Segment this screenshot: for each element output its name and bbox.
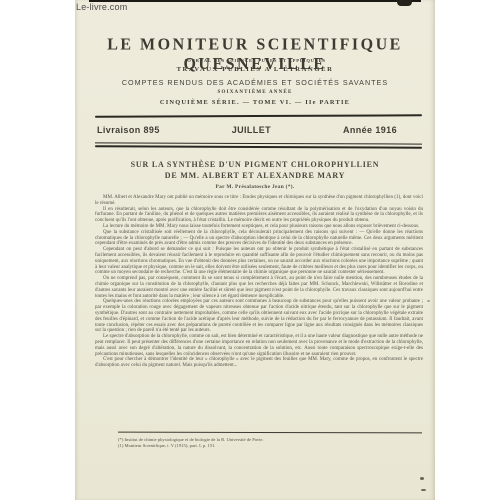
scanned-journal-page: LE MONITEUR SCIENTIFIQUE QUESNEVILLE JOU… <box>75 0 435 500</box>
footnote: (1) Moniteur Scientifique, t. V (1915), … <box>118 443 418 449</box>
le-livre-watermark: Le-livre.com <box>76 2 127 12</box>
article-paragraph: On ne comprend pas, par conséquent, comm… <box>95 276 423 299</box>
scan-artifact-speck <box>427 300 430 302</box>
article-paragraph: La lecture du mémoire de MM. Mary nous l… <box>95 224 423 230</box>
article-body: MM. Albert et Alexandre Mary ont publié … <box>95 195 423 369</box>
article-paragraph: Que la substance cristallisée soit réell… <box>95 230 423 247</box>
journal-subtitle-2: TRAVAUX PUBLIÉS A L'ÉTRANGER <box>75 66 435 73</box>
screenshot-root: LE MONITEUR SCIENTIFIQUE QUESNEVILLE JOU… <box>0 0 500 500</box>
journal-subtitle-1: JOURNAL DES SCIENCES PURES ET APPLIQUÉES <box>75 58 435 63</box>
article-title-line-2: DE MM. ALBERT ET ALEXANDRE MARY <box>75 171 435 180</box>
article-paragraph: Il en résulterait, selon les auteurs, qu… <box>95 207 423 224</box>
article-title-line-1: SUR LA SYNTHÈSE D'UN PIGMENT CHLOROPHYLL… <box>75 160 435 169</box>
article-paragraph: Quelques-unes des réactions colorées emp… <box>95 299 423 334</box>
scan-artifact-speck <box>420 477 424 480</box>
journal-series-line: CINQUIÈME SÉRIE. — TOME VI. — IIe PARTIE <box>75 99 435 106</box>
article-byline: Par M. Présalatosche Jean (*). <box>75 184 435 190</box>
article-paragraph: Cependant on peut d'abord se demander ce… <box>95 247 423 276</box>
scan-top-edge-blob <box>397 0 412 6</box>
article-footnotes: (*) Institut de chimie physiologique et … <box>118 437 418 448</box>
scan-artifact-speck <box>421 489 426 491</box>
article-paragraph: MM. Albert et Alexandre Mary ont publié … <box>95 195 423 207</box>
rule-below-issue-band-thick <box>95 145 422 148</box>
article-paragraph: Le spectre d'absorption de la chlorophyl… <box>95 334 423 357</box>
journal-subtitle-4: SOIXANTIÈME ANNÉE <box>75 90 435 95</box>
article-paragraph: C'est pour chercher à démontrer l'identi… <box>95 357 423 369</box>
issue-livraison: Livraison 895 <box>97 125 160 135</box>
rule-above-issue-band <box>95 114 422 117</box>
rule-below-issue-band-thin <box>95 142 422 144</box>
issue-band: Livraison 895 JUILLET Année 1916 <box>97 123 397 137</box>
issue-year: Année 1916 <box>343 125 397 135</box>
footnote-separator-rule <box>118 432 422 434</box>
journal-subtitle-3: COMPTES RENDUS DES ACADÉMIES ET SOCIÉTÉS… <box>75 78 435 87</box>
scan-top-edge-line <box>89 0 421 2</box>
issue-month: JUILLET <box>232 125 271 135</box>
